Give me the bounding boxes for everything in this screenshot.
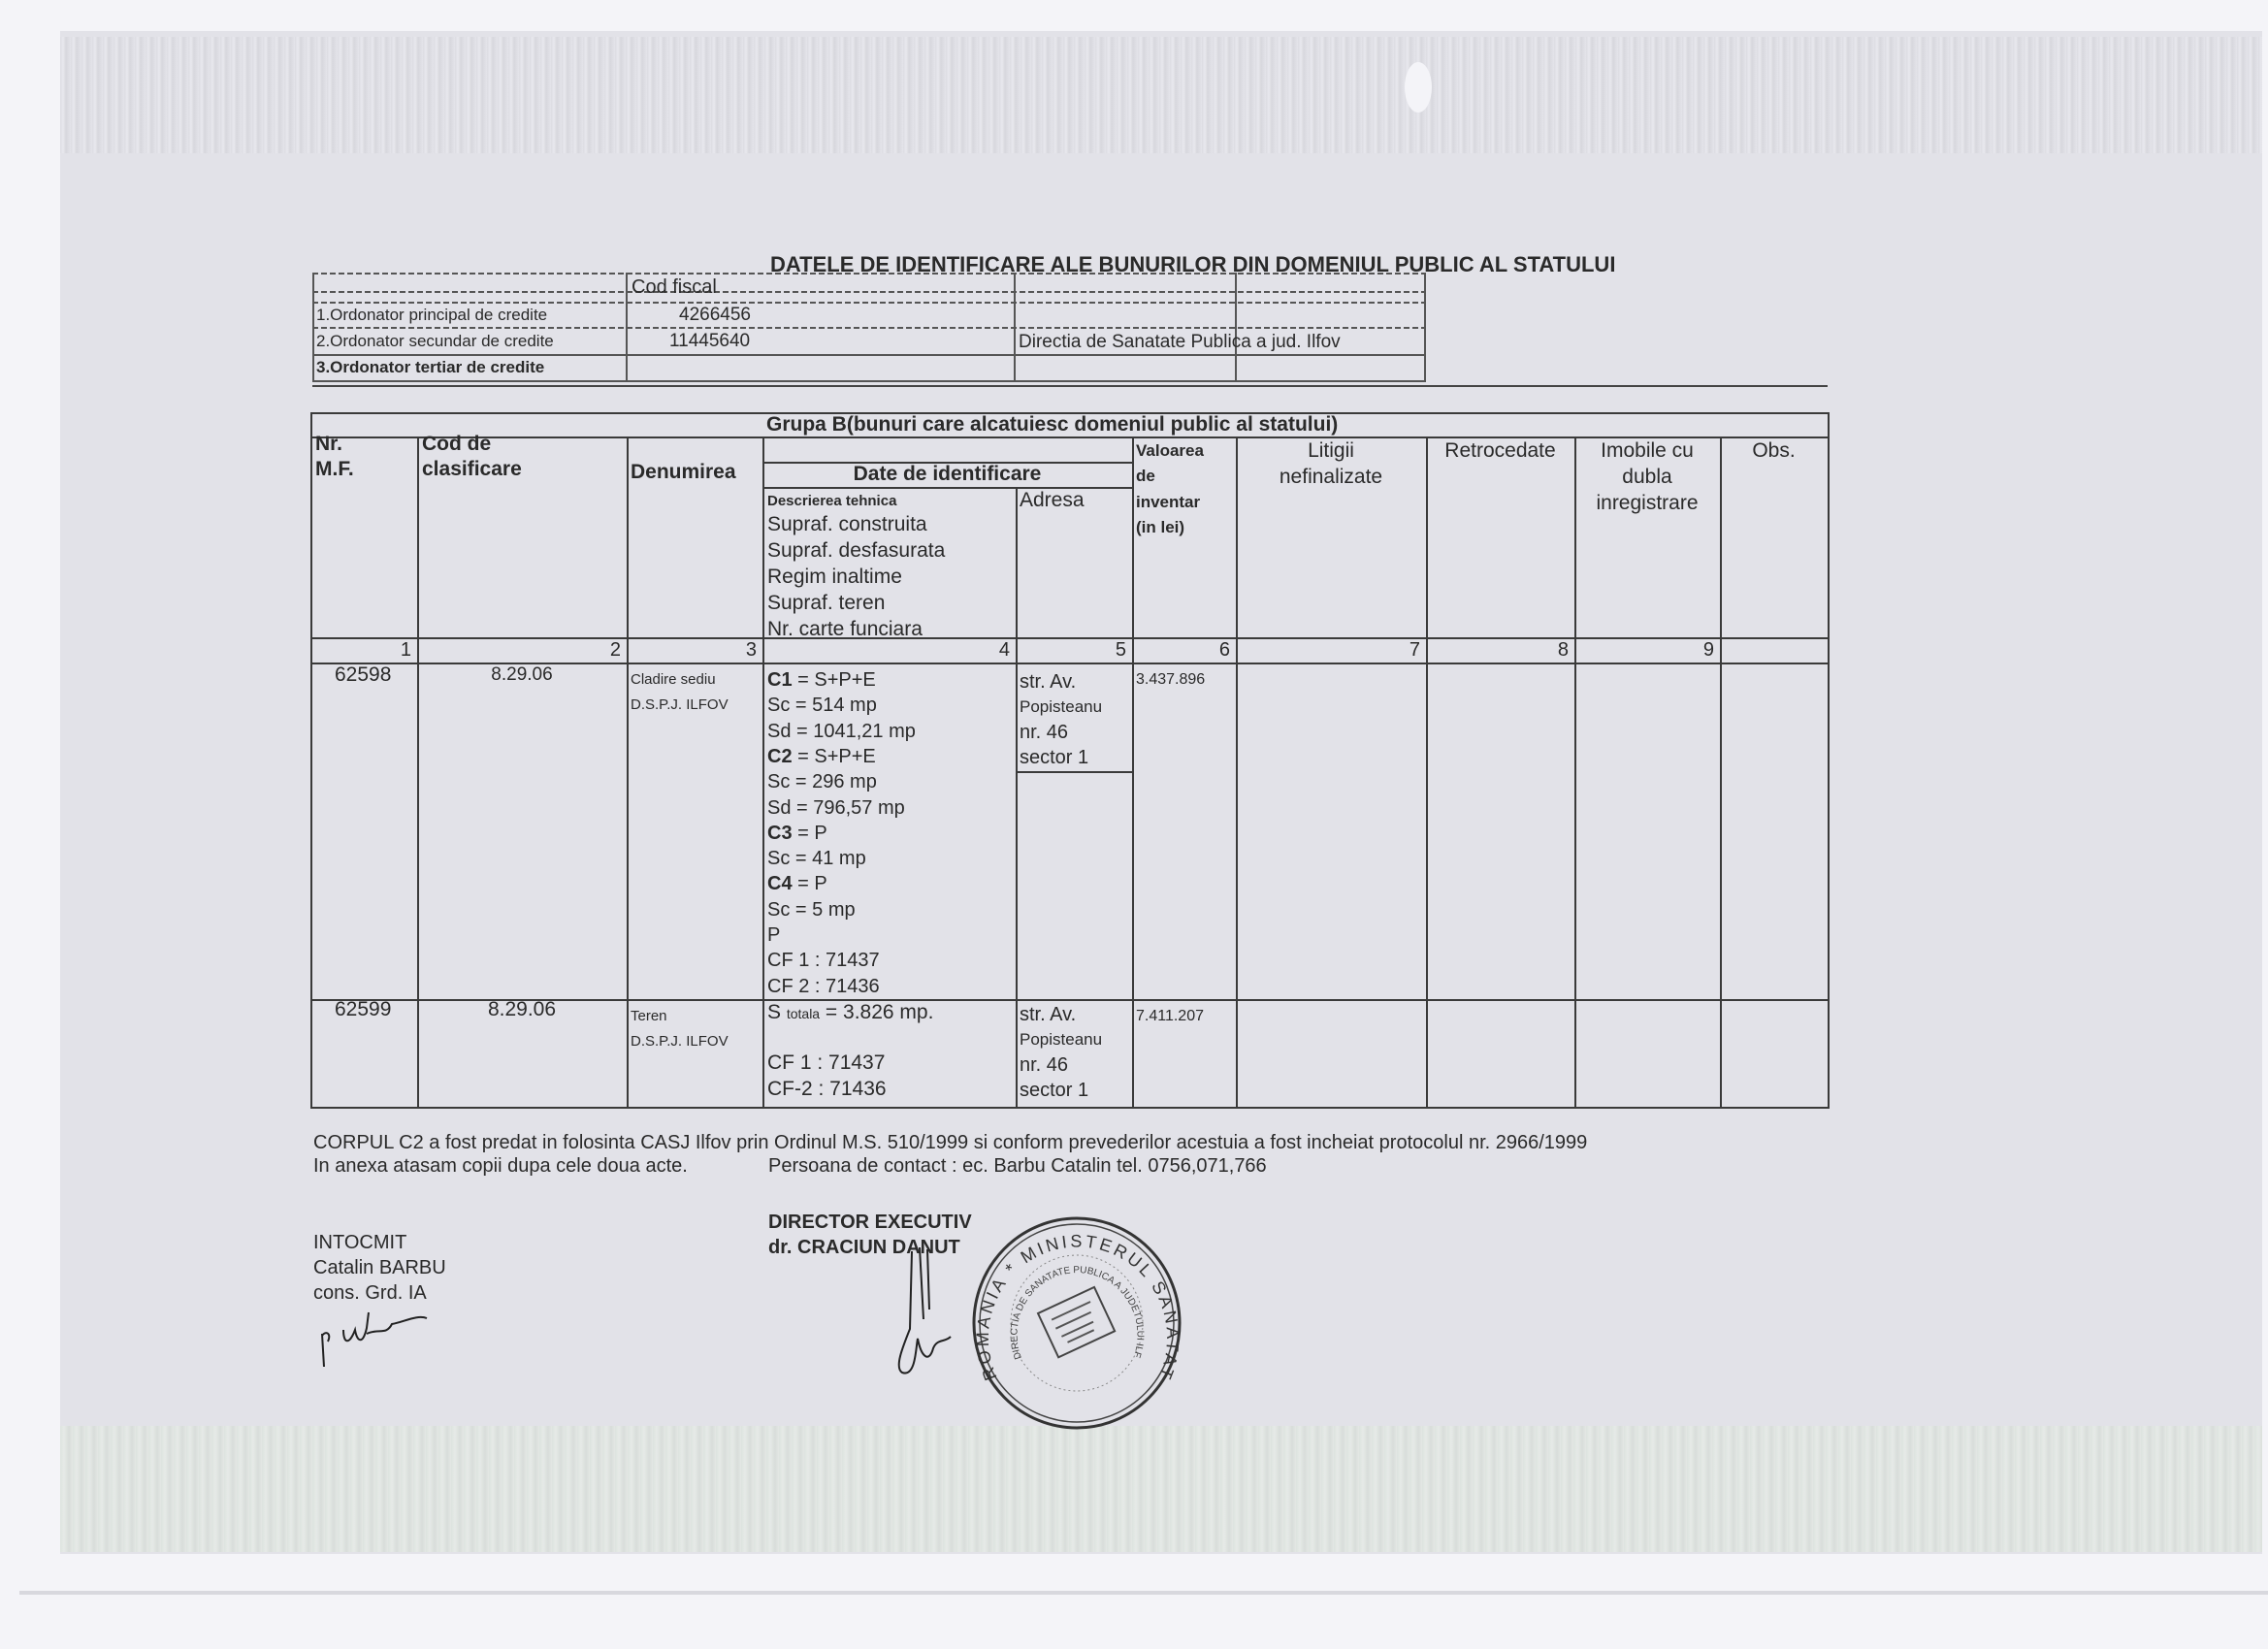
cod-fiscal-header: Cod fiscal xyxy=(632,275,717,300)
column-number: 9 xyxy=(1662,637,1714,663)
adresa-line: Popisteanu xyxy=(1020,1027,1102,1052)
descriere-line: CF 1 : 71437 xyxy=(767,948,880,973)
header-nr-mf: M.F. xyxy=(315,457,354,482)
row-cod-clasificare: 8.29.06 xyxy=(417,997,627,1022)
header-imobile: dubla xyxy=(1574,465,1720,490)
note-contact: Persoana de contact : ec. Barbu Catalin … xyxy=(768,1153,1267,1179)
descriere-line: C4 = P xyxy=(767,871,827,896)
descriere-line: CF 2 : 71436 xyxy=(767,974,880,999)
column-number: 2 xyxy=(568,637,621,663)
svg-text:ROMANIA * MINISTERUL SANATATII: ROMANIA * MINISTERUL SANATATII * xyxy=(968,1212,1183,1384)
header-descriere-line: Nr. carte funciara xyxy=(767,617,923,642)
descriere-line: Sc = 41 mp xyxy=(767,846,866,871)
adresa-line: str. Av. xyxy=(1020,1002,1076,1027)
prepared-name: Catalin BARBU xyxy=(313,1255,446,1280)
ordonator-label: 1.Ordonator principal de credite xyxy=(316,303,547,328)
column-number: 8 xyxy=(1516,637,1569,663)
header-litigii: Litigii xyxy=(1236,438,1426,464)
header-valoarea: de xyxy=(1136,464,1155,489)
adresa-line: Popisteanu xyxy=(1020,695,1102,720)
row-denumirea: Cladire sediu xyxy=(631,667,716,693)
row-denumirea: D.S.P.J. ILFOV xyxy=(631,693,729,718)
row-suprafata-totala: S totala = 3.826 mp. xyxy=(767,1000,933,1026)
header-adresa: Adresa xyxy=(1020,488,1085,513)
row-nr-mf: 62598 xyxy=(335,663,391,688)
group-title: Grupa B(bunuri care alcatuiesc domeniul … xyxy=(766,412,1338,437)
descriere-line: C2 = S+P+E xyxy=(767,744,876,769)
header-retrocedate: Retrocedate xyxy=(1426,438,1574,464)
column-number: 6 xyxy=(1178,637,1230,663)
column-number: 3 xyxy=(704,637,757,663)
column-number: 5 xyxy=(1074,637,1126,663)
row-valoare: 7.411.207 xyxy=(1136,1004,1204,1029)
header-denumirea: Denumirea xyxy=(631,460,736,485)
header-descriere-line: Supraf. desfasurata xyxy=(767,538,945,564)
scan-artifact-band-bottom xyxy=(60,1426,2262,1552)
header-descriere-line: Supraf. teren xyxy=(767,591,885,616)
adresa-line: str. Av. xyxy=(1020,669,1076,695)
descriere-line: C3 = P xyxy=(767,821,827,846)
header-descriere-line: Supraf. construita xyxy=(767,512,927,537)
ordonator-denumire: Directia de Sanatate Publica a jud. Ilfo… xyxy=(1019,330,1341,355)
header-obs: Obs. xyxy=(1720,438,1828,464)
descriere-line: Sc = 5 mp xyxy=(767,897,856,922)
header-imobile: Imobile cu xyxy=(1574,438,1720,464)
punch-hole xyxy=(1405,62,1432,113)
descriere-line: Sc = 296 mp xyxy=(767,769,877,794)
adresa-line: nr. 46 xyxy=(1020,720,1068,745)
adresa-line: sector 1 xyxy=(1020,745,1088,770)
header-descrierea-tehnica: Descrierea tehnica xyxy=(767,489,896,514)
column-number: 7 xyxy=(1368,637,1420,663)
row-denumirea: D.S.P.J. ILFOV xyxy=(631,1029,729,1054)
note-anexa: In anexa atasam copii dupa cele doua act… xyxy=(313,1153,688,1179)
descriere-line: Sd = 1041,21 mp xyxy=(767,719,916,744)
header-cod-clasificare: Cod de xyxy=(422,432,491,457)
header-valoarea: Valoarea xyxy=(1136,438,1204,464)
descriere-line: Sc = 514 mp xyxy=(767,693,877,718)
ordonator-label: 2.Ordonator secundar de credite xyxy=(316,329,554,354)
ordonator-cod-fiscal: 11445640 xyxy=(669,329,750,354)
column-number: 4 xyxy=(957,637,1010,663)
header-cod-clasificare: clasificare xyxy=(422,457,522,482)
row-cod-clasificare: 8.29.06 xyxy=(417,663,627,688)
row-carte-funciara: CF-2 : 71436 xyxy=(767,1077,887,1102)
prepared-label: INTOCMIT xyxy=(313,1230,406,1255)
header-imobile: inregistrare xyxy=(1574,491,1720,516)
note-corpul-c2: CORPUL C2 a fost predat in folosinta CAS… xyxy=(313,1130,1587,1155)
official-stamp: ROMANIA * MINISTERUL SANATATII * DIRECTI… xyxy=(968,1212,1185,1434)
column-number: 1 xyxy=(359,637,411,663)
row-denumirea: Teren xyxy=(631,1004,667,1029)
header-date-identificare: Date de identificare xyxy=(762,462,1132,487)
scan-artifact-band-top xyxy=(60,37,2262,153)
row-carte-funciara: CF 1 : 71437 xyxy=(767,1051,885,1076)
row-nr-mf: 62599 xyxy=(335,997,391,1022)
descriere-line: P xyxy=(767,922,780,948)
ordonator-label: 3.Ordonator tertiar de credite xyxy=(316,355,544,380)
row-valoare: 3.437.896 xyxy=(1136,667,1205,693)
header-litigii: nefinalizate xyxy=(1236,465,1426,490)
header-nr-mf: Nr. xyxy=(315,432,342,457)
descriere-line: C1 = S+P+E xyxy=(767,667,876,693)
director-title: DIRECTOR EXECUTIV xyxy=(768,1210,972,1235)
page-edge xyxy=(19,1591,2268,1595)
ordonator-cod-fiscal: 4266456 xyxy=(679,303,751,328)
adresa-line: sector 1 xyxy=(1020,1078,1088,1103)
header-valoarea: (in lei) xyxy=(1136,515,1184,540)
header-descriere-line: Regim inaltime xyxy=(767,565,902,590)
adresa-line: nr. 46 xyxy=(1020,1052,1068,1078)
header-valoarea: inventar xyxy=(1136,490,1200,515)
prepared-signature xyxy=(310,1285,485,1373)
descriere-line: Sd = 796,57 mp xyxy=(767,795,905,821)
